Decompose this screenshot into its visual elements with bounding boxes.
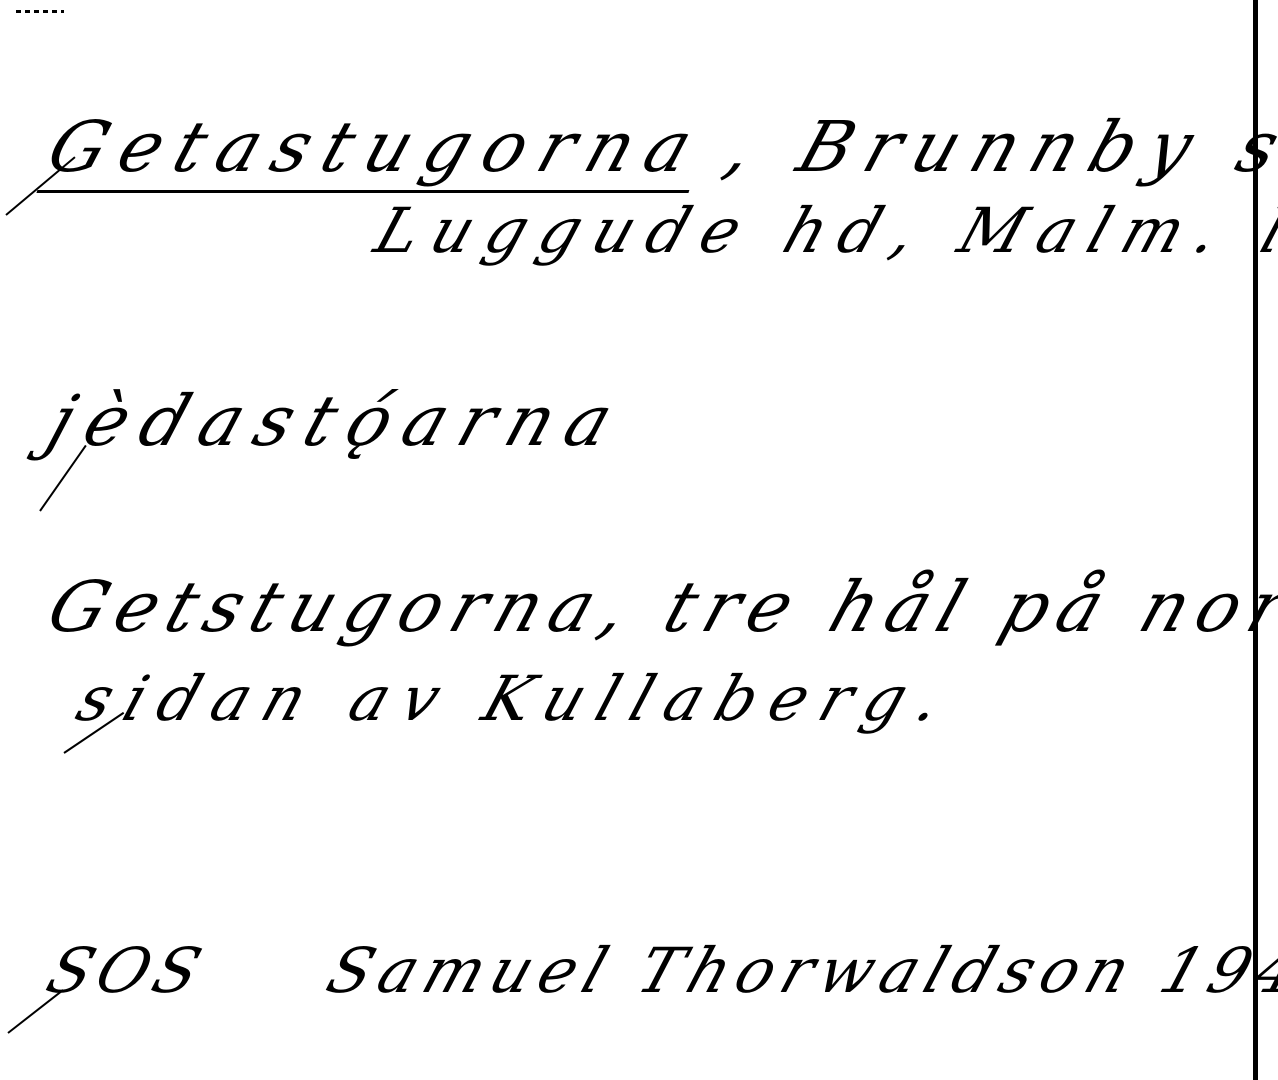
pronunciation-text: jèdastǫ́arna xyxy=(40,386,635,456)
description-line-1: Getstugorna, tre hål på norra xyxy=(40,572,1278,642)
description-line-2: sidan av Kullaberg. xyxy=(70,668,963,730)
collector-signature: Samuel Thorwaldson 1945. xyxy=(320,940,1278,1002)
archive-code: SOS xyxy=(40,940,214,1002)
scan-artifact-marks xyxy=(16,10,64,13)
parish-text: , Brunnby sn, xyxy=(716,106,1278,188)
heading-line: Getastugorna, Brunnby sn, xyxy=(40,112,1278,182)
place-name: Getastugorna xyxy=(36,106,716,193)
archive-card: Getastugorna, Brunnby sn, Luggude hd, Ma… xyxy=(0,0,1278,1080)
district-county-text: Luggude hd, Malm. l. xyxy=(368,200,1278,262)
